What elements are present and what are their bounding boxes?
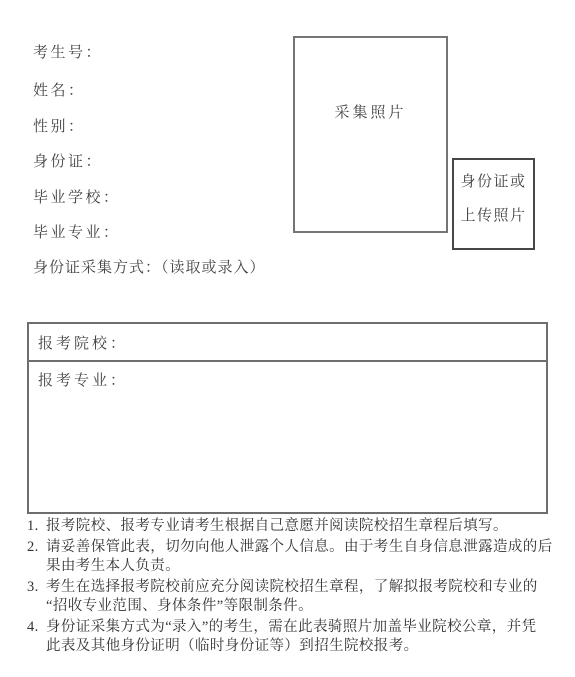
- id-photo-label-line1: 身份证或: [454, 174, 533, 190]
- field-label-name: 姓名：: [33, 83, 86, 99]
- id-photo-label-line2: 上传照片: [454, 208, 533, 224]
- note-number: 3.: [27, 578, 39, 597]
- field-label-graduation-school: 毕业学校：: [33, 190, 121, 206]
- collected-photo-label: 采集照片: [295, 101, 446, 122]
- field-label-id-collection-method: 身份证采集方式：（读取或录入）: [33, 260, 266, 276]
- field-label-candidate-number: 考生号：: [33, 45, 103, 61]
- field-label-graduation-major: 毕业专业：: [33, 225, 121, 241]
- id-photo-placeholder-box: 身份证或 上传照片: [452, 158, 535, 250]
- registration-form-page: 考生号： 姓名： 性别： 身份证： 毕业学校： 毕业专业： 身份证采集方式：（读…: [0, 0, 575, 677]
- note-item-1: 1. 报考院校、报考专业请考生根据自己意愿并阅读院校招生章程后填写。: [27, 517, 562, 536]
- field-label-gender: 性别：: [33, 119, 86, 135]
- note-number: 1.: [27, 517, 39, 536]
- application-major-label: 报考专业：: [38, 373, 128, 389]
- note-line: 身份证采集方式为“录入”的考生，需在此表骑照片加盖毕业院校公章，并凭: [46, 618, 562, 637]
- application-box: 报考院校： 报考专业：: [27, 322, 548, 514]
- application-school-row: 报考院校：: [29, 324, 546, 362]
- application-school-label: 报考院校：: [38, 332, 128, 353]
- note-item-3: 3. 考生在选择报考院校前应充分阅读院校招生章程，了解拟报考院校和专业的 “招收…: [27, 578, 562, 616]
- note-line: 此表及其他身份证明（临时身份证等）到招生院校报考。: [46, 637, 562, 656]
- application-major-row: 报考专业：: [29, 362, 546, 390]
- note-line: “招收专业范围、身体条件”等限制条件。: [46, 597, 562, 616]
- collected-photo-placeholder-box: 采集照片: [293, 36, 448, 233]
- note-line: 请妥善保管此表，切勿向他人泄露个人信息。由于考生自身信息泄露造成的后: [46, 538, 562, 557]
- note-line: 报考院校、报考专业请考生根据自己意愿并阅读院校招生章程后填写。: [46, 517, 562, 536]
- note-item-4: 4. 身份证采集方式为“录入”的考生，需在此表骑照片加盖毕业院校公章，并凭 此表…: [27, 618, 562, 656]
- notes-list: 1. 报考院校、报考专业请考生根据自己意愿并阅读院校招生章程后填写。 2. 请妥…: [27, 517, 562, 658]
- note-line: 果由考生本人负责。: [46, 557, 562, 576]
- note-line: 考生在选择报考院校前应充分阅读院校招生章程，了解拟报考院校和专业的: [46, 578, 562, 597]
- note-number: 4.: [27, 618, 39, 637]
- field-label-id-card: 身份证：: [33, 154, 103, 170]
- note-number: 2.: [27, 538, 39, 557]
- note-item-2: 2. 请妥善保管此表，切勿向他人泄露个人信息。由于考生自身信息泄露造成的后 果由…: [27, 538, 562, 576]
